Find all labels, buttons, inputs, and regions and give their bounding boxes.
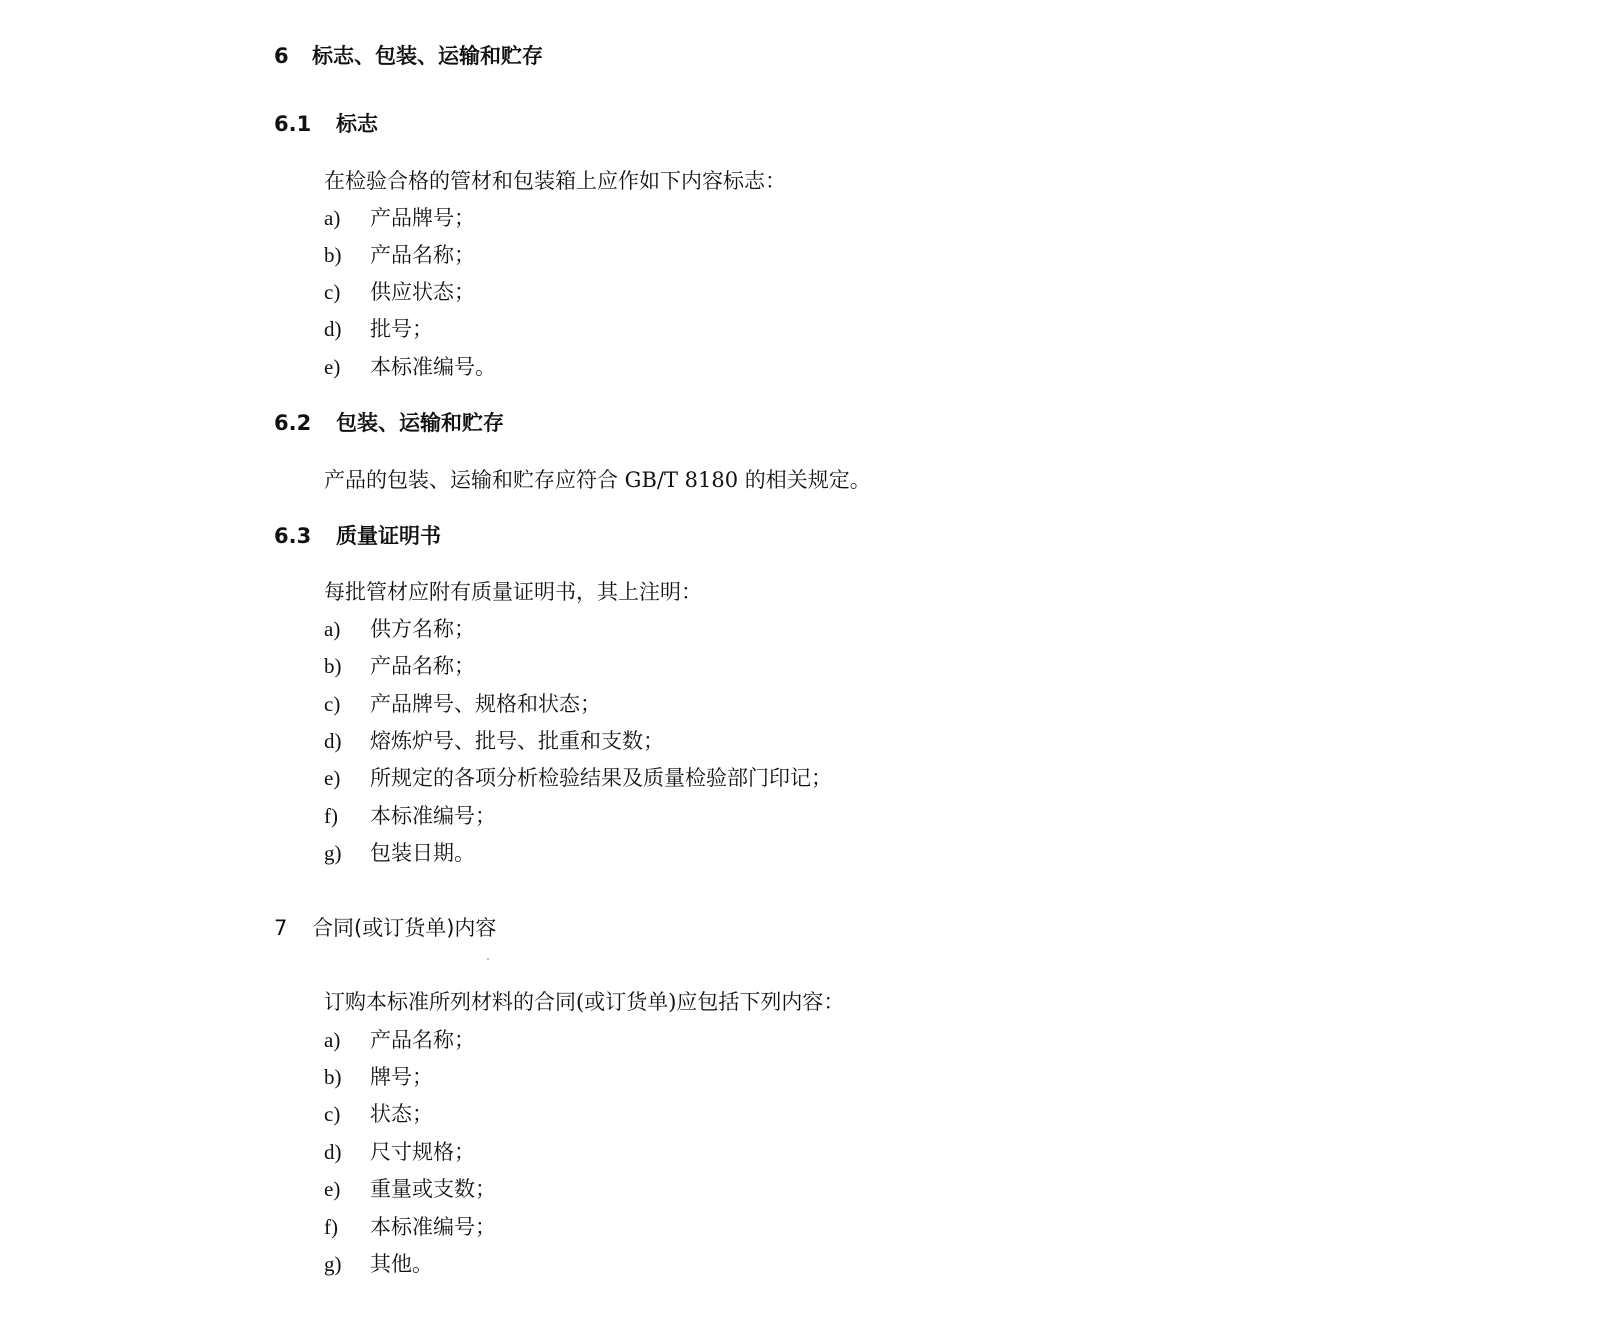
list-label: e) [324,1175,370,1203]
list-label: f) [324,1213,370,1241]
list-text: 本标准编号； [370,804,496,828]
section-6-1-heading: 6.1标志 [274,110,378,138]
section-title: 包装、运输和贮存 [336,411,504,435]
section-6-3-intro: 每批管材应附有质量证明书，其上注明： [324,578,702,606]
list-text: 产品牌号、规格和状态； [370,692,601,716]
list-item: g)其他。 [324,1250,433,1278]
list-label: b) [324,241,370,269]
list-text: 其他。 [370,1252,433,1276]
document-page: 6标志、包装、运输和贮存 6.1标志 在检验合格的管材和包装箱上应作如下内容标志… [0,0,1600,1343]
list-text: 牌号； [370,1065,433,1089]
list-label: a) [324,204,370,232]
list-label: a) [324,615,370,643]
section-7-intro: 订购本标准所列材料的合同(或订货单)应包括下列内容： [324,988,844,1016]
section-number: 6.3 [274,522,336,550]
list-item: c)供应状态； [324,278,475,306]
list-label: b) [324,1063,370,1091]
section-title: 标志 [336,112,378,136]
section-number: 6 [274,42,312,70]
list-label: d) [324,315,370,343]
list-label: a) [324,1026,370,1054]
list-item: e)重量或支数； [324,1175,496,1203]
list-text: 产品名称； [370,1028,475,1052]
list-label: e) [324,764,370,792]
list-text: 熔炼炉号、批号、批重和支数； [370,729,664,753]
scan-speck [487,958,489,960]
list-item: b)产品名称； [324,652,475,680]
list-label: c) [324,278,370,306]
list-item: d)熔炼炉号、批号、批重和支数； [324,727,664,755]
section-title: 标志、包装、运输和贮存 [312,44,543,68]
section-6-heading: 6标志、包装、运输和贮存 [274,42,543,70]
section-6-3-heading: 6.3质量证明书 [274,522,441,550]
list-item: c)状态； [324,1100,433,1128]
list-label: g) [324,839,370,867]
list-label: d) [324,1138,370,1166]
section-number: 6.1 [274,110,336,138]
list-text: 产品名称； [370,243,475,267]
list-item: f)本标准编号； [324,802,496,830]
section-6-2-text: 产品的包装、运输和贮存应符合 GB/T 8180 的相关规定。 [324,466,871,494]
list-label: e) [324,353,370,381]
list-item: a)产品名称； [324,1026,475,1054]
list-text: 包装日期。 [370,841,475,865]
list-item: c)产品牌号、规格和状态； [324,690,601,718]
list-text: 本标准编号。 [370,355,496,379]
list-text: 重量或支数； [370,1177,496,1201]
section-number: 6.2 [274,409,336,437]
list-text: 产品牌号； [370,206,475,230]
list-item: d)尺寸规格； [324,1138,475,1166]
list-text: 批号； [370,317,433,341]
section-7-heading: 7合同(或订货单)内容 [274,914,496,942]
section-number: 7 [274,914,312,942]
list-label: f) [324,802,370,830]
section-6-2-heading: 6.2包装、运输和贮存 [274,409,504,437]
section-6-1-intro: 在检验合格的管材和包装箱上应作如下内容标志： [324,167,786,195]
list-item: a)供方名称； [324,615,475,643]
list-text: 尺寸规格； [370,1140,475,1164]
list-text: 本标准编号； [370,1215,496,1239]
list-item: e)所规定的各项分析检验结果及质量检验部门印记； [324,764,832,792]
list-label: d) [324,727,370,755]
list-label: b) [324,652,370,680]
list-text: 所规定的各项分析检验结果及质量检验部门印记； [370,766,832,790]
list-label: c) [324,1100,370,1128]
list-text: 供方名称； [370,617,475,641]
section-title: 质量证明书 [336,524,441,548]
list-text: 状态； [370,1102,433,1126]
list-item: b)产品名称； [324,241,475,269]
list-item: a)产品牌号； [324,204,475,232]
list-text: 供应状态； [370,280,475,304]
list-item: g)包装日期。 [324,839,475,867]
list-text: 产品名称； [370,654,475,678]
list-label: c) [324,690,370,718]
list-item: b)牌号； [324,1063,433,1091]
list-label: g) [324,1250,370,1278]
list-item: e)本标准编号。 [324,353,496,381]
section-title: 合同(或订货单)内容 [312,916,496,940]
list-item: f)本标准编号； [324,1213,496,1241]
list-item: d)批号； [324,315,433,343]
